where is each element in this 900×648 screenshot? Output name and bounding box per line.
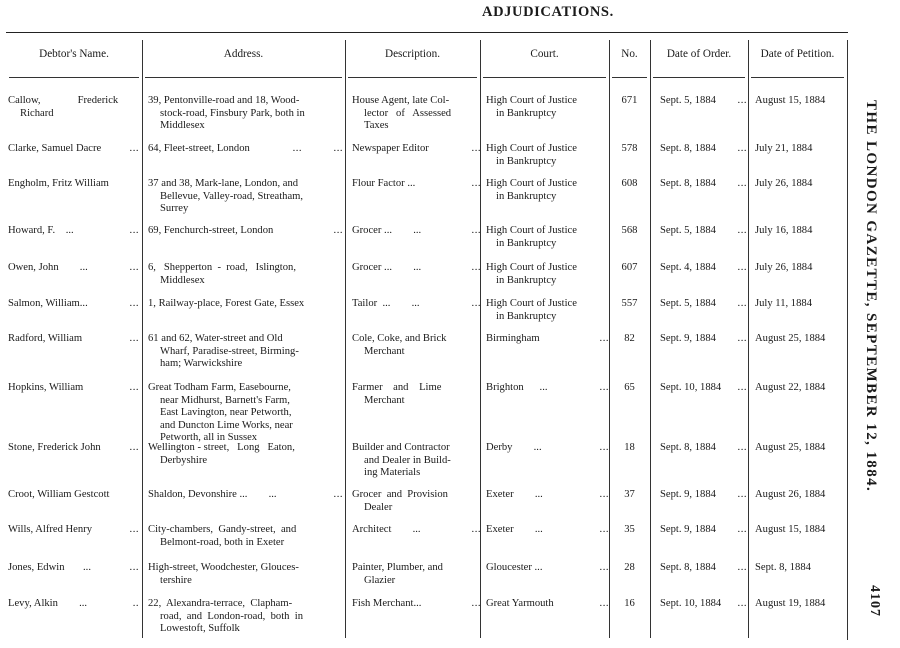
cell-line: Shaldon, Devonshire ... ... <box>148 489 338 502</box>
cell-line: 39, Pentonville-road and 18, Wood- <box>148 95 338 108</box>
leader-dots: ... <box>472 178 481 189</box>
leader-dots: ... <box>130 442 139 453</box>
leader-dots: ... <box>130 225 139 236</box>
leader-dots: ... <box>472 262 481 273</box>
cell-date-of-order: Sept. 8, 1884 <box>660 442 716 455</box>
cell-description: Grocer and ProvisionDealer <box>352 489 476 514</box>
cell-line: Birmingham <box>486 333 604 346</box>
cell-date-of-petition: August 22, 1884 <box>755 382 825 395</box>
cell-date-of-petition: July 26, 1884 <box>755 262 812 275</box>
cell-name: Howard, F. ... <box>8 225 134 238</box>
column-header-address: Address. <box>142 48 345 60</box>
cell-address: Great Todham Farm, Easebourne,near Midhu… <box>148 382 338 445</box>
cell-line: Grocer and Provision <box>352 489 476 502</box>
cell-address: 22, Alexandra-terrace, Clapham-road, and… <box>148 598 338 636</box>
cell-line: High Court of Justice <box>486 225 604 238</box>
cell-line: Engholm, Fritz William <box>8 178 134 191</box>
column-divider <box>345 40 346 638</box>
leader-dots: ... <box>130 562 139 573</box>
cell-name: Stone, Frederick John <box>8 442 134 455</box>
cell-line: High Court of Justice <box>486 95 604 108</box>
cell-line: Derbyshire <box>148 455 338 468</box>
cell-line: Grocer ... ... <box>352 225 476 238</box>
cell-court: High Court of Justicein Bankruptcy <box>486 225 604 250</box>
cell-description: Architect ... <box>352 524 476 537</box>
cell-line: ham; Warwickshire <box>148 358 338 371</box>
cell-line: Grocer ... ... <box>352 262 476 275</box>
header-rule <box>9 77 139 78</box>
cell-number: 568 <box>609 225 650 238</box>
cell-line: in Bankruptcy <box>486 238 604 251</box>
cell-court: High Court of Justicein Bankruptcy <box>486 143 604 168</box>
leader-dots: ... <box>472 225 481 236</box>
cell-line: 61 and 62, Water-street and Old <box>148 333 338 346</box>
cell-court: Gloucester ... <box>486 562 604 575</box>
cell-line: Radford, William <box>8 333 134 346</box>
cell-line: East Lavington, near Petworth, <box>148 407 338 420</box>
leader-dots: ... <box>738 178 747 189</box>
cell-date-of-petition: August 26, 1884 <box>755 489 825 502</box>
cell-date-of-order: Sept. 5, 1884 <box>660 95 716 108</box>
cell-date-of-petition: August 19, 1884 <box>755 598 825 611</box>
cell-line: lector of Assessed <box>352 108 476 121</box>
cell-date-of-order: Sept. 8, 1884 <box>660 562 716 575</box>
cell-line: Fish Merchant... <box>352 598 476 611</box>
cell-description: Builder and Contractorand Dealer in Buil… <box>352 442 476 480</box>
cell-court: Great Yarmouth <box>486 598 604 611</box>
cell-number: 578 <box>609 143 650 156</box>
leader-dots: ... <box>738 225 747 236</box>
cell-address: 39, Pentonville-road and 18, Wood-stock-… <box>148 95 338 133</box>
cell-number: 607 <box>609 262 650 275</box>
cell-line: Howard, F. ... <box>8 225 134 238</box>
leader-dots: ... ... <box>293 143 343 154</box>
leader-dots: ... <box>472 143 481 154</box>
cell-line: Wharf, Paradise-street, Birming- <box>148 346 338 359</box>
cell-date-of-petition: August 15, 1884 <box>755 524 825 537</box>
cell-line: High Court of Justice <box>486 178 604 191</box>
cell-line: Lowestoft, Suffolk <box>148 623 338 636</box>
cell-date-of-petition: July 21, 1884 <box>755 143 812 156</box>
cell-date-of-order: Sept. 9, 1884 <box>660 489 716 502</box>
leader-dots: ... <box>738 143 747 154</box>
cell-line: Middlesex <box>148 120 338 133</box>
cell-date-of-order: Sept. 9, 1884 <box>660 333 716 346</box>
leader-dots: ... <box>472 598 481 609</box>
leader-dots: ... <box>472 298 481 309</box>
cell-name: Radford, William <box>8 333 134 346</box>
leader-dots: ... <box>738 262 747 273</box>
cell-date-of-petition: July 16, 1884 <box>755 225 812 238</box>
cell-line: Croot, William Gestcott <box>8 489 134 502</box>
column-header-debtor-name: Debtor's Name. <box>6 48 142 60</box>
leader-dots: ... <box>600 524 609 535</box>
cell-line: City-chambers, Gandy-street, and <box>148 524 338 537</box>
leader-dots: ... <box>600 333 609 344</box>
cell-line: Newspaper Editor <box>352 143 476 156</box>
cell-number: 37 <box>609 489 650 502</box>
cell-number: 65 <box>609 382 650 395</box>
cell-court: Brighton ... <box>486 382 604 395</box>
cell-line: 6, Shepperton - road, Islington, <box>148 262 338 275</box>
cell-address: Shaldon, Devonshire ... ... <box>148 489 338 502</box>
column-divider <box>480 40 481 638</box>
cell-line: Dealer <box>352 502 476 515</box>
cell-name: Wills, Alfred Henry <box>8 524 134 537</box>
cell-line: Architect ... <box>352 524 476 537</box>
column-divider <box>142 40 143 638</box>
cell-address: 6, Shepperton - road, Islington,Middlese… <box>148 262 338 287</box>
cell-line: High-street, Woodchester, Glouces- <box>148 562 338 575</box>
cell-line: Derby ... <box>486 442 604 455</box>
leader-dots: ... <box>600 489 609 500</box>
column-header-no: No. <box>609 48 650 60</box>
cell-court: Derby ... <box>486 442 604 455</box>
cell-line: in Bankruptcy <box>486 275 604 288</box>
cell-description: Farmer and LimeMerchant <box>352 382 476 407</box>
leader-dots: ... <box>130 298 139 309</box>
cell-name: Levy, Alkin ... <box>8 598 134 611</box>
leader-dots: ... <box>472 524 481 535</box>
cell-line: and Dealer in Build- <box>352 455 476 468</box>
cell-address: 37 and 38, Mark-lane, London, andBellevu… <box>148 178 338 216</box>
cell-line: Salmon, William... <box>8 298 134 311</box>
cell-address: 61 and 62, Water-street and OldWharf, Pa… <box>148 333 338 371</box>
cell-address: City-chambers, Gandy-street, andBelmont-… <box>148 524 338 549</box>
cell-court: High Court of Justicein Bankruptcy <box>486 262 604 287</box>
cell-line: Cole, Coke, and Brick <box>352 333 476 346</box>
cell-number: 28 <box>609 562 650 575</box>
cell-line: Middlesex <box>148 275 338 288</box>
cell-description: Newspaper Editor <box>352 143 476 156</box>
cell-name: Clarke, Samuel Dacre <box>8 143 134 156</box>
column-divider <box>847 40 848 640</box>
cell-number: 671 <box>609 95 650 108</box>
cell-address: High-street, Woodchester, Glouces-tershi… <box>148 562 338 587</box>
leader-dots: ... <box>738 489 747 500</box>
cell-description: Cole, Coke, and BrickMerchant <box>352 333 476 358</box>
cell-description: House Agent, late Col-lector of Assessed… <box>352 95 476 133</box>
cell-line: High Court of Justice <box>486 298 604 311</box>
cell-date-of-petition: Sept. 8, 1884 <box>755 562 811 575</box>
cell-line: tershire <box>148 575 338 588</box>
header-rule <box>145 77 342 78</box>
cell-name: Engholm, Fritz William <box>8 178 134 191</box>
cell-address: Wellington - street, Long Eaton,Derbyshi… <box>148 442 338 467</box>
header-rule <box>612 77 647 78</box>
cell-address: 1, Railway-place, Forest Gate, Essex <box>148 298 338 311</box>
cell-date-of-order: Sept. 10, 1884 <box>660 598 721 611</box>
cell-line: 37 and 38, Mark-lane, London, and <box>148 178 338 191</box>
cell-line: Surrey <box>148 203 338 216</box>
cell-name: Hopkins, William <box>8 382 134 395</box>
cell-line: Brighton ... <box>486 382 604 395</box>
cell-line: ing Materials <box>352 467 476 480</box>
cell-court: High Court of Justicein Bankruptcy <box>486 95 604 120</box>
cell-description: Fish Merchant... <box>352 598 476 611</box>
cell-number: 82 <box>609 333 650 346</box>
cell-line: Wills, Alfred Henry <box>8 524 134 537</box>
cell-line: Levy, Alkin ... <box>8 598 134 611</box>
cell-line: Great Yarmouth <box>486 598 604 611</box>
cell-line: House Agent, late Col- <box>352 95 476 108</box>
header-rule <box>751 77 844 78</box>
cell-line: in Bankruptcy <box>486 108 604 121</box>
cell-line: in Bankruptcy <box>486 191 604 204</box>
leader-dots: ... <box>334 225 343 236</box>
cell-date-of-petition: August 25, 1884 <box>755 442 825 455</box>
section-heading: ADJUDICATIONS. <box>450 4 732 21</box>
cell-line: Builder and Contractor <box>352 442 476 455</box>
leader-dots: ... <box>738 442 747 453</box>
cell-number: 16 <box>609 598 650 611</box>
leader-dots: ... <box>130 333 139 344</box>
cell-line: High Court of Justice <box>486 143 604 156</box>
cell-line: Merchant <box>352 395 476 408</box>
cell-line: 69, Fenchurch-street, London <box>148 225 338 238</box>
cell-name: Salmon, William... <box>8 298 134 311</box>
cell-court: Exeter ... <box>486 489 604 502</box>
column-header-court: Court. <box>480 48 609 60</box>
cell-line: Wellington - street, Long Eaton, <box>148 442 338 455</box>
header-rule <box>348 77 477 78</box>
cell-line: Callow, Frederick <box>8 95 134 108</box>
column-header-date-of-order: Date of Order. <box>650 48 748 60</box>
cell-name: Callow, FrederickRichard <box>8 95 134 120</box>
leader-dots: ... <box>738 598 747 609</box>
cell-date-of-petition: August 15, 1884 <box>755 95 825 108</box>
cell-line: Exeter ... <box>486 489 604 502</box>
cell-line: Exeter ... <box>486 524 604 537</box>
gazette-running-title: THE LONDON GAZETTE, SEPTEMBER 12, 1884. <box>862 100 879 492</box>
cell-line: near Midhurst, Barnett's Farm, <box>148 395 338 408</box>
cell-date-of-order: Sept. 4, 1884 <box>660 262 716 275</box>
top-rule <box>6 32 848 33</box>
leader-dots: ... <box>130 262 139 273</box>
cell-description: Flour Factor ... <box>352 178 476 191</box>
leader-dots: ... <box>600 598 609 609</box>
cell-line: Jones, Edwin ... <box>8 562 134 575</box>
leader-dots: .. <box>133 598 139 609</box>
leader-dots: ... <box>600 382 609 393</box>
cell-description: Grocer ... ... <box>352 262 476 275</box>
cell-name: Owen, John ... <box>8 262 134 275</box>
cell-date-of-petition: July 26, 1884 <box>755 178 812 191</box>
cell-address: 69, Fenchurch-street, London <box>148 225 338 238</box>
leader-dots: ... <box>334 489 343 500</box>
page-number: 4107 <box>866 585 882 617</box>
cell-line: and Duncton Lime Works, near <box>148 420 338 433</box>
cell-line: Clarke, Samuel Dacre <box>8 143 134 156</box>
cell-line: in Bankruptcy <box>486 311 604 324</box>
cell-line: Owen, John ... <box>8 262 134 275</box>
cell-line: stock-road, Finsbury Park, both in <box>148 108 338 121</box>
leader-dots: ... <box>738 524 747 535</box>
leader-dots: ... <box>738 95 747 106</box>
cell-line: Bellevue, Valley-road, Streatham, <box>148 191 338 204</box>
cell-line: 22, Alexandra-terrace, Clapham- <box>148 598 338 611</box>
cell-line: Stone, Frederick John <box>8 442 134 455</box>
cell-number: 557 <box>609 298 650 311</box>
leader-dots: ... <box>600 442 609 453</box>
cell-court: High Court of Justicein Bankruptcy <box>486 178 604 203</box>
cell-line: Taxes <box>352 120 476 133</box>
column-header-description: Description. <box>345 48 480 60</box>
cell-number: 35 <box>609 524 650 537</box>
leader-dots: ... <box>130 524 139 535</box>
cell-line: Flour Factor ... <box>352 178 476 191</box>
cell-name: Croot, William Gestcott <box>8 489 134 502</box>
cell-line: Richard <box>8 108 134 121</box>
cell-date-of-petition: August 25, 1884 <box>755 333 825 346</box>
column-divider <box>748 40 749 638</box>
leader-dots: ... <box>130 143 139 154</box>
leader-dots: ... <box>738 562 747 573</box>
cell-line: Farmer and Lime <box>352 382 476 395</box>
cell-line: Tailor ... ... <box>352 298 476 311</box>
leader-dots: ... <box>738 298 747 309</box>
cell-line: in Bankruptcy <box>486 156 604 169</box>
cell-line: 1, Railway-place, Forest Gate, Essex <box>148 298 338 311</box>
header-rule <box>653 77 745 78</box>
cell-line: Gloucester ... <box>486 562 604 575</box>
cell-description: Tailor ... ... <box>352 298 476 311</box>
cell-date-of-order: Sept. 8, 1884 <box>660 143 716 156</box>
cell-line: road, and London-road, both in <box>148 611 338 624</box>
cell-line: Great Todham Farm, Easebourne, <box>148 382 338 395</box>
cell-court: High Court of Justicein Bankruptcy <box>486 298 604 323</box>
cell-line: Hopkins, William <box>8 382 134 395</box>
cell-line: Glazier <box>352 575 476 588</box>
leader-dots: ... <box>130 382 139 393</box>
cell-line: Merchant <box>352 346 476 359</box>
leader-dots: ... <box>600 562 609 573</box>
cell-line: Belmont-road, both in Exeter <box>148 537 338 550</box>
column-header-date-of-petition: Date of Petition. <box>748 48 847 60</box>
cell-description: Painter, Plumber, andGlazier <box>352 562 476 587</box>
cell-court: Exeter ... <box>486 524 604 537</box>
cell-date-of-order: Sept. 9, 1884 <box>660 524 716 537</box>
header-rule <box>483 77 606 78</box>
cell-description: Grocer ... ... <box>352 225 476 238</box>
cell-date-of-order: Sept. 10, 1884 <box>660 382 721 395</box>
cell-number: 608 <box>609 178 650 191</box>
cell-line: High Court of Justice <box>486 262 604 275</box>
cell-line: Painter, Plumber, and <box>352 562 476 575</box>
cell-number: 18 <box>609 442 650 455</box>
cell-name: Jones, Edwin ... <box>8 562 134 575</box>
cell-court: Birmingham <box>486 333 604 346</box>
cell-date-of-order: Sept. 5, 1884 <box>660 225 716 238</box>
column-divider <box>650 40 651 638</box>
leader-dots: ... <box>738 333 747 344</box>
cell-date-of-order: Sept. 5, 1884 <box>660 298 716 311</box>
cell-date-of-order: Sept. 8, 1884 <box>660 178 716 191</box>
cell-date-of-petition: July 11, 1884 <box>755 298 812 311</box>
leader-dots: ... <box>738 382 747 393</box>
